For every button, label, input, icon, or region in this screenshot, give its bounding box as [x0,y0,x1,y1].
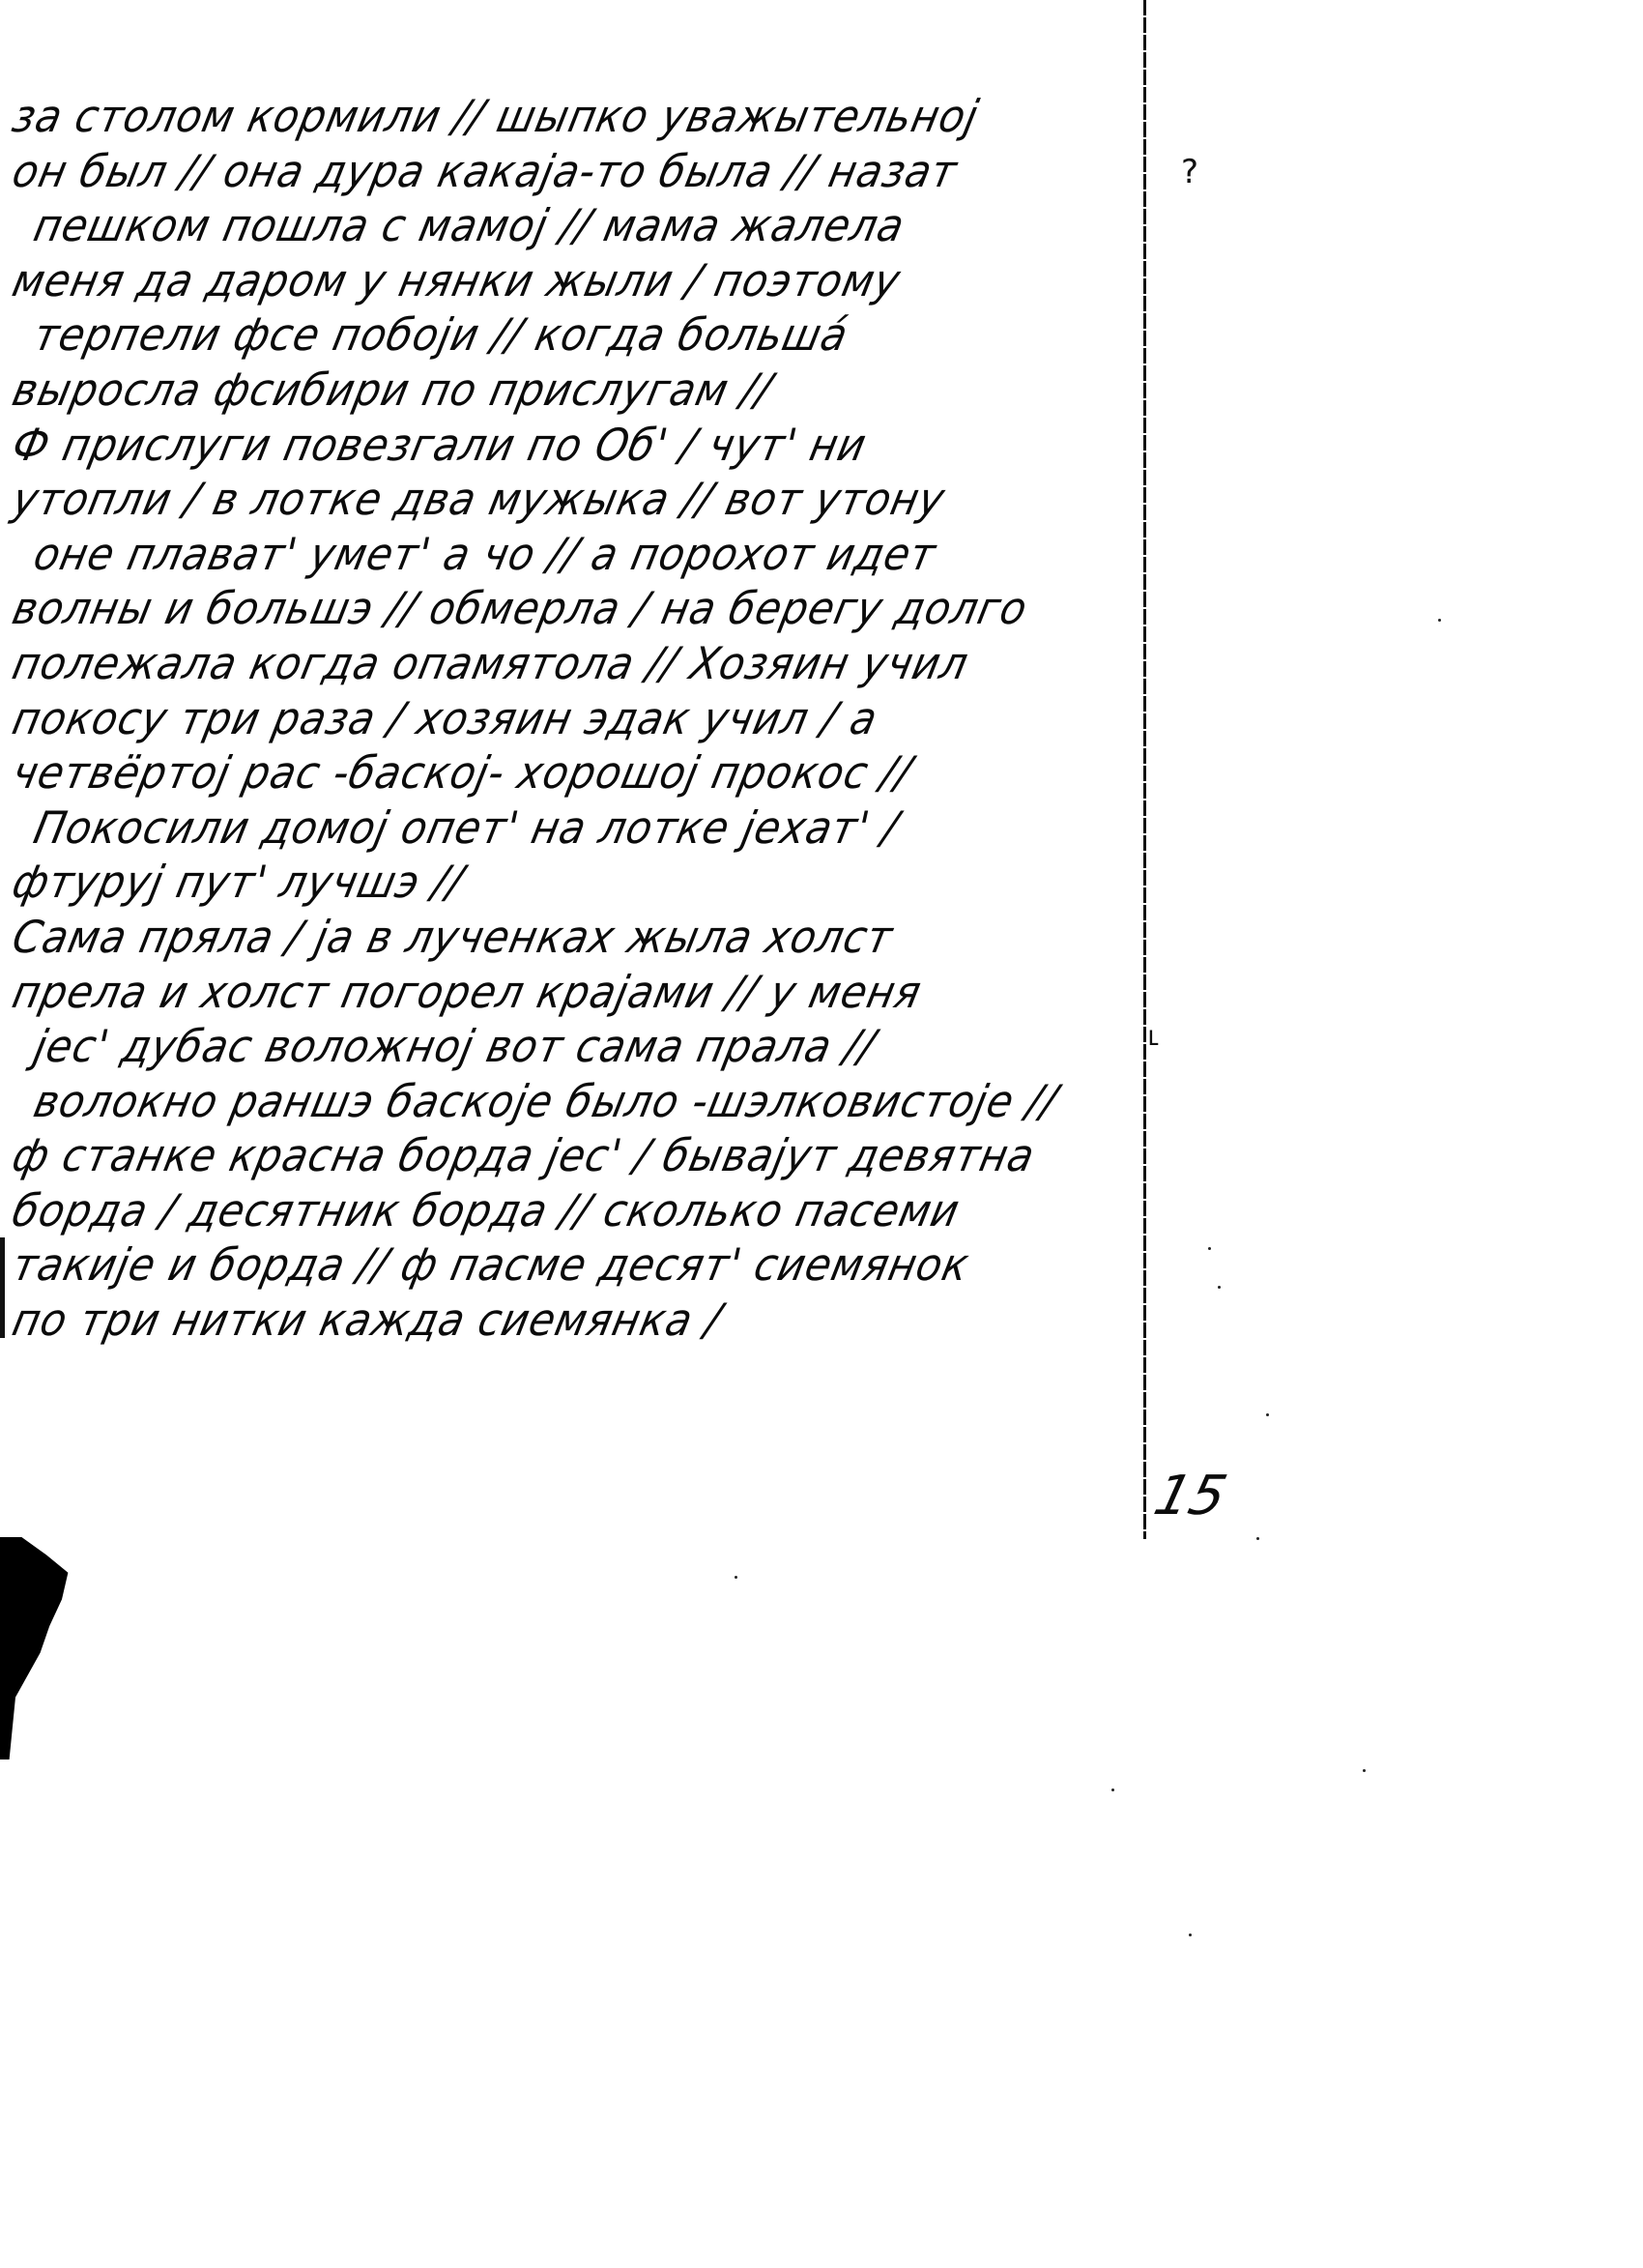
text-line: он был // она дура какаjа-то была // наз… [8,144,1095,199]
scan-speck [1189,1934,1192,1936]
scan-speck [1218,1286,1221,1289]
text-line: такиjе и борда // ф пасме десят' сиемяно… [8,1237,1095,1293]
left-edge-bar [0,1237,5,1338]
handwritten-text-block: за столом кормили // шыпко уважытельноj … [14,89,1183,1348]
text-line: волокно раншэ баскоjе было -шэлковистоjе… [8,1074,1095,1129]
text-line: выросла фсибири по прислугам // [8,363,1095,418]
text-line: меня да даром у нянки жыли / поэтому [8,253,1095,308]
text-line: прела и холст погорел краjами // у меня [8,965,1095,1020]
scan-speck [1266,1413,1269,1416]
text-line: фтуруj пут' лучшэ // [8,855,1095,910]
text-line: Ф прислуги повезгали по Об' / чут' ни [8,418,1095,473]
text-line: борда / десятник борда // сколько пасеми [8,1183,1095,1238]
text-line: терпели фсе побоjи // когда большá [8,307,1095,363]
text-line: пешком пошла с мамоj // мама жалела [8,198,1095,253]
text-line: четвёртоj рас -баскоj- хорошоj прокос // [8,745,1095,800]
margin-question-mark: ? [1181,153,1198,191]
text-line: оне плават' умет' а чо // а порохот идет [8,527,1095,582]
scan-speck [1438,619,1441,622]
text-line: ф станке красна борда jес' / бываjут дев… [8,1128,1095,1183]
page-number: 15 [1148,1465,1232,1527]
text-line: по три нитки кажда сиемянка / [8,1293,1095,1348]
text-line: Покосили домоj опет' на лотке jехат' / [8,800,1095,856]
document-page: за столом кормили // шыпко уважытельноj … [0,0,1643,2268]
scan-speck [735,1576,737,1579]
text-line: jес' дубас воложноj вот сама прала // [8,1019,1095,1074]
margin-check-mark-icon: ˪ [1148,1013,1160,1054]
text-line: Сама пряла / jа в лученках жыла холст [8,910,1095,965]
scan-speck [1111,1788,1114,1791]
text-line: волны и большэ // обмерла / на берегу до… [8,581,1095,636]
text-line: утопли / в лотке два мужыка // вот утону [8,472,1095,527]
scan-speck [1208,1247,1211,1250]
scan-speck [1256,1537,1259,1540]
text-line: за столом кормили // шыпко уважытельноj [8,89,1095,144]
text-line: покосу три раза / хозяин эдак учил / а [8,691,1095,746]
text-line: полежала когда опамятола // Хозяин учил [8,636,1095,691]
scan-speck [1363,1769,1366,1772]
scan-smudge [0,1537,155,1759]
